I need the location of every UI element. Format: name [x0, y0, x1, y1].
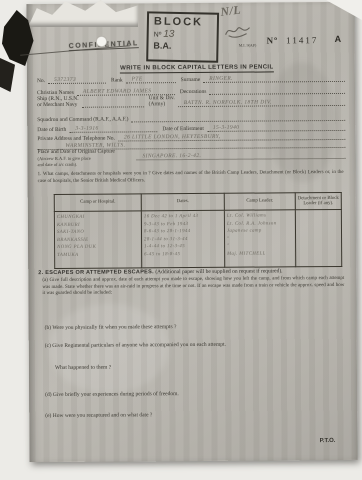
form-paper: CONFIDENTIAL BLOCK Nº 13 B.A. N/L M.I. 9…: [26, 2, 357, 462]
question-2e-text: (e) How were you recaptured and on what …: [45, 411, 343, 419]
question-2b-text: (b) Were you physically fit when you mad…: [45, 323, 343, 331]
serial-prefix: Nº: [267, 35, 279, 45]
no-label: No.: [37, 78, 45, 84]
surname-field: RINGER.: [203, 73, 345, 83]
block-number-line: Nº 13: [154, 29, 212, 41]
col-header-camp: Camp or Hospital.: [54, 194, 141, 212]
block-number-handwritten: 13: [163, 29, 174, 40]
date-of-birth-value: 3-3-1916: [75, 126, 98, 132]
surname-label: Surname: [181, 77, 201, 83]
section-2-title: 2. ESCAPES OR ATTEMPTED ESCAPES.: [38, 269, 154, 276]
col-header-block-leader: Detachment or Block Leader (if any).: [295, 192, 341, 209]
camps-table-body-row: CHUNGKAI KANBURI SAKI-TANO BRANKASSIE NO…: [54, 209, 341, 268]
unit-div-field: BATTN. R. NORFOLK. 18TH DIV.: [178, 97, 345, 107]
block-leader-column-entries: [295, 209, 341, 266]
christian-names-value: ALBERT EDWARD JAMES: [83, 88, 152, 94]
handwritten-margin-note: N/L: [220, 3, 242, 20]
form-instruction-heading: WRITE IN BLOCK CAPITAL LETTERS IN PENCIL: [87, 64, 307, 72]
squadron-field: [131, 112, 345, 122]
serial-number-line: Nº11417: [267, 35, 319, 45]
block-no-prefix: Nº: [154, 32, 162, 39]
question-2c-text: (c) Give Regimental particulars of anyon…: [45, 341, 343, 349]
rank-value: PTE: [132, 76, 143, 82]
no-field: 5372373: [48, 75, 106, 84]
section-2-note: (Additional paper will be supplied on re…: [155, 268, 282, 275]
form-reference-code: M.I. 9(AP): [239, 43, 257, 48]
rank-label: Rank: [111, 77, 123, 83]
ship-field: [82, 98, 144, 107]
serial-number: 11417: [286, 35, 318, 45]
capture-field: SINGAPORE. 16-2-42.: [136, 150, 345, 160]
decorations-label: Decorations: [180, 89, 207, 95]
decorations-field: [209, 85, 345, 95]
section-2-heading: 2. ESCAPES OR ATTEMPTED ESCAPES. (Additi…: [38, 268, 282, 276]
ship-label: Ship (R.N., U.S.N.or Merchant Navy: [37, 97, 79, 108]
camps-table-header-row: Camp or Hospital. Dates. Camp Leader. De…: [54, 192, 341, 211]
unit-div-label: Unit & Div.(Army): [149, 96, 175, 107]
col-header-dates: Dates.: [141, 193, 224, 211]
scanned-document-page: CONFIDENTIAL BLOCK Nº 13 B.A. N/L M.I. 9…: [0, 0, 362, 480]
date-of-enlistment-value: 15-3-1940: [213, 125, 240, 131]
row-no-rank-surname: No. 5372373 Rank PTE Surname RINGER.: [37, 73, 345, 84]
block-stamp-word: BLOCK: [154, 16, 212, 29]
block-stamp-ba: B.A.: [153, 41, 211, 52]
block-stamp-box: BLOCK Nº 13 B.A.: [146, 11, 219, 62]
capture-label: Place and Date of Original Capture (Airc…: [37, 149, 133, 168]
dates-column-entries: 16 Dec 42 to 1 April 43 9-3-43 to Feb 19…: [141, 210, 224, 268]
capture-value: SINGAPORE. 16-2-42.: [142, 153, 201, 159]
row-capture: Place and Date of Original Capture (Airc…: [37, 148, 345, 169]
signature-scribble-icon: [223, 23, 253, 44]
rank-field: PTE: [126, 74, 176, 83]
punch-hole: [96, 36, 107, 47]
no-value: 5372373: [54, 77, 76, 83]
serial-letter: A: [335, 34, 342, 44]
camps-table: Camp or Hospital. Dates. Camp Leader. De…: [54, 192, 343, 269]
question-2d-text: (d) Give briefly your experiences during…: [45, 390, 343, 398]
squadron-label: Squadron and Command (R.A.F., A.A.F.): [37, 116, 128, 123]
row-ship-unit: Ship (R.N., U.S.N.or Merchant Navy Unit …: [37, 95, 345, 108]
leader-column-entries: Lt. Col. Williams Lt. Col. R.A. Johnson …: [224, 210, 295, 267]
surname-value: RINGER.: [209, 76, 233, 82]
camp-column-entries: CHUNGKAI KANBURI SAKI-TANO BRANKASSIE NO…: [54, 211, 141, 269]
pto-label: P.T.O.: [320, 438, 336, 444]
unit-div-value: BATTN. R. NORFOLK. 18TH DIV.: [184, 99, 272, 106]
question-2c-followup-text: What happened to them ?: [55, 363, 343, 371]
torn-edge-dark-left: [0, 58, 15, 92]
question-2a-text: (a) Give full description and approx. da…: [42, 276, 344, 298]
col-header-leader: Camp Leader.: [224, 193, 295, 210]
question-1-text: 1. What camps, detachments or hospitals …: [38, 170, 344, 185]
